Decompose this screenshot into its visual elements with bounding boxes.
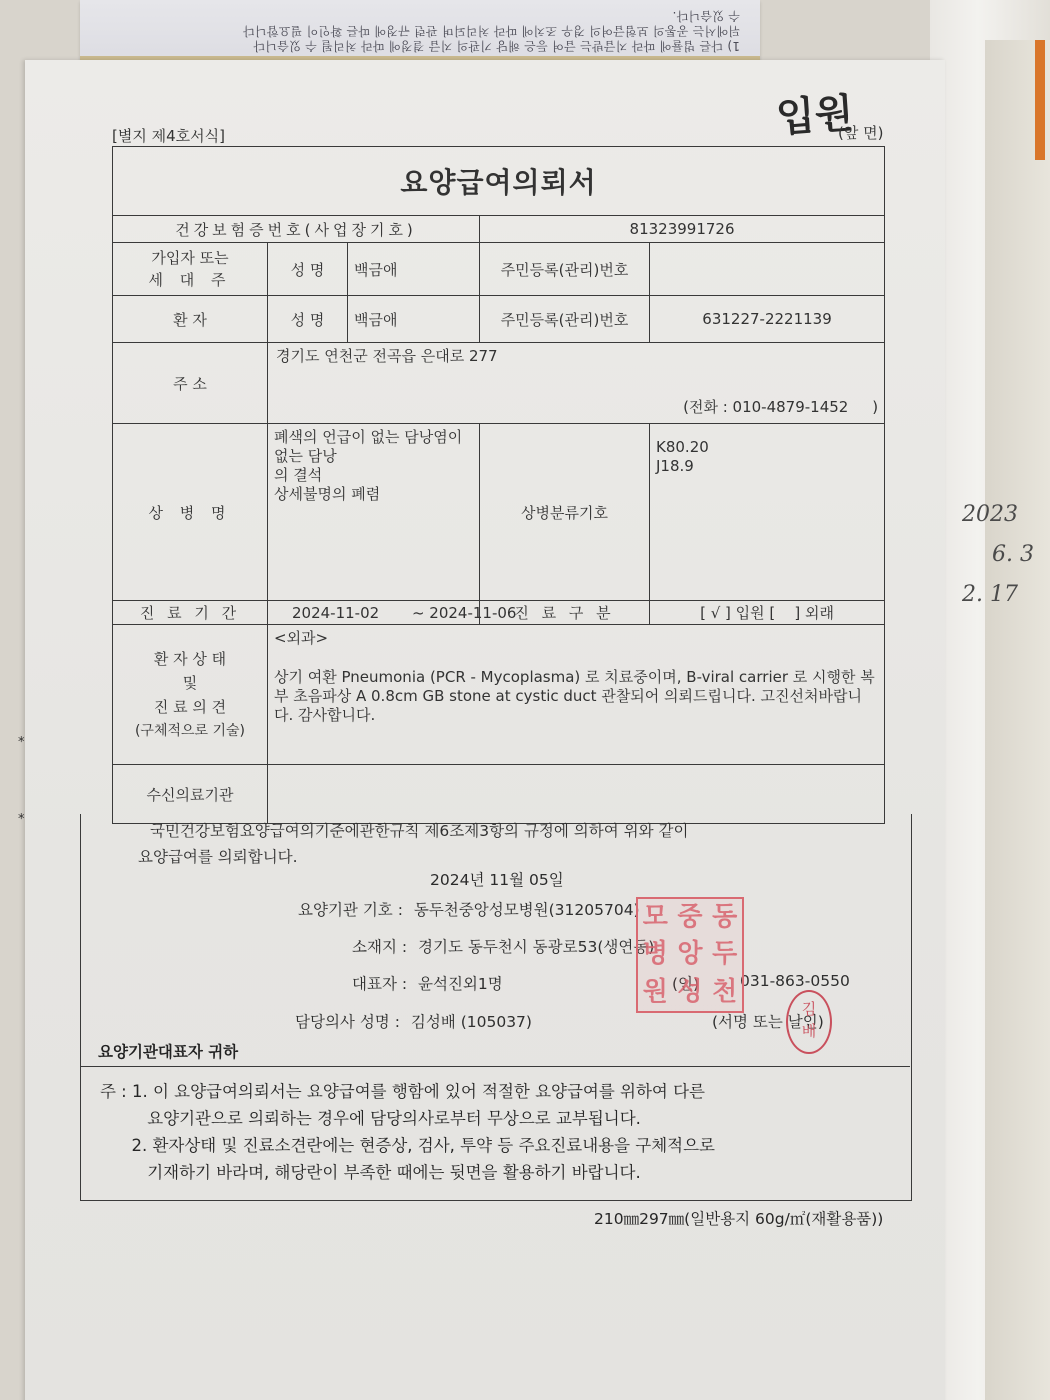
insurance-number-label: 건강보험증번호(사업장기호) (113, 216, 480, 243)
paper-spec: 210㎜297㎜(일반용지 60g/㎡(재활용품)) (594, 1207, 883, 1229)
subscriber-id-value (650, 243, 885, 296)
insurance-number-value: 81323991726 (480, 216, 885, 243)
mirror-line: 수 있습니다. (100, 8, 740, 23)
diagnosis-names: 폐색의 언급이 없는 담낭염이 없는 담낭 의 결석 상세불명의 폐렴 (268, 424, 480, 601)
patient-name-label: 성 명 (268, 296, 348, 343)
opinion-department: <외과> (274, 629, 878, 648)
opinion-cell: <외과> 상기 여환 Pneumonia (PCR - Mycoplasma) … (268, 625, 885, 765)
upside-down-text: 1) 다른 법률에 따라 지급받는 급여 등은 해당 기관의 지급 결정에 따라… (100, 8, 740, 53)
side-note-line: 2. 17 (962, 575, 1034, 615)
seal-char: 앙 (673, 936, 708, 973)
diagnosis-line: 폐색의 언급이 없는 담낭염이 없는 담낭 (274, 428, 473, 466)
subscriber-label-line1: 가입자 또는 (119, 247, 261, 269)
address-label: 주 소 (113, 343, 268, 424)
seal-char: 동 (707, 899, 742, 936)
addressee: 요양기관대표자 귀하 (98, 1040, 238, 1062)
opinion-label-line: 및 (119, 671, 261, 695)
treatment-type-value: [ √ ] 입원 [ ] 외래 (650, 601, 885, 625)
subscriber-name-label: 성 명 (268, 243, 348, 296)
representative-row: 대표자 : 윤석진외1명 (352, 972, 503, 994)
seal-char: 모 (638, 899, 673, 936)
diagnosis-line: 의 결석 (274, 466, 473, 485)
opinion-label-line: 환 자 상 태 (119, 647, 261, 671)
diagnosis-label: 상 병 명 (113, 424, 268, 601)
subscriber-label: 가입자 또는 세 대 주 (113, 243, 268, 296)
representative-value: 윤석진외1명 (418, 975, 503, 993)
doctor-row: 담당의사 성명 : 김성배 (105037) (295, 1010, 532, 1032)
subscriber-label-line2: 세 대 주 (119, 269, 261, 291)
page-side-label: (앞 면) (838, 122, 883, 143)
address-value: 경기도 연천군 전곡읍 은대로 277 (276, 345, 498, 366)
seal-char: 김 (788, 998, 830, 1020)
seal-char: 병 (638, 936, 673, 973)
side-note-line: 6. 3 (962, 535, 1034, 575)
patient-label: 환 자 (113, 296, 268, 343)
opinion-label-line: 진 료 의 견 (119, 695, 261, 719)
subscriber-id-label: 주민등록(관리)번호 (480, 243, 650, 296)
form-title: 요양급여의뢰서 (113, 147, 885, 216)
asterisk-mark: * (18, 812, 25, 827)
seal-char: 중 (673, 899, 708, 936)
treatment-start: 2024-11-02 (292, 604, 379, 622)
upside-down-paper: 1) 다른 법률에 따라 지급받는 급여 등은 해당 기관의 지급 결정에 따라… (80, 0, 760, 66)
treatment-period-value: 2024-11-02 ~ 2024-11-06 (268, 601, 480, 625)
patient-id-label: 주민등록(관리)번호 (480, 296, 650, 343)
patient-name: 백금애 (348, 296, 480, 343)
treatment-period-label: 진 료 기 간 (113, 601, 268, 625)
institution-label: 요양기관 기호 : (298, 901, 403, 919)
address-cell: 경기도 연천군 전곡읍 은대로 277 (전화 : 010-4879-1452 … (268, 343, 885, 424)
note-line: 기재하기 바라며, 해당란이 부족한 때에는 뒷면을 활용하기 바랍니다. (100, 1159, 715, 1186)
location-label: 소재지 : (352, 938, 407, 956)
diagnosis-codes: K80.20 J18.9 (650, 424, 885, 601)
diagnosis-code: K80.20 (656, 438, 878, 457)
side-note-line: 2023 (962, 495, 1034, 535)
institution-phone: 031-863-0550 (740, 972, 850, 990)
patient-id-value: 631227-2221139 (650, 296, 885, 343)
opinion-text: 상기 여환 Pneumonia (PCR - Mycoplasma) 로 치료중… (274, 668, 878, 725)
asterisk-mark: * (18, 735, 25, 750)
seal-char: 두 (707, 936, 742, 973)
declaration-date: 2024년 11월 05일 (430, 868, 564, 890)
seal-char: 원 (638, 974, 673, 1011)
desk-surface (985, 40, 1050, 1400)
diagnosis-code: J18.9 (656, 457, 878, 476)
note-line: 주 : 1. 이 요양급여의뢰서는 요양급여를 행함에 있어 적절한 요양급여를… (100, 1078, 715, 1105)
declaration-line: 국민건강보험요양급여의기준에관한규칙 제6조제3항의 규정에 의하여 위와 같이 (138, 818, 688, 844)
orange-edge (1035, 40, 1045, 160)
location-row: 소재지 : 경기도 동두천시 동광로53(생연동) (352, 935, 654, 957)
doctor-label: 담당의사 성명 : (295, 1013, 400, 1031)
form-code: [별지 제4호서식] (112, 125, 225, 146)
declaration-text: 국민건강보험요양급여의기준에관한규칙 제6조제3항의 규정에 의하여 위와 같이… (138, 818, 688, 870)
seal-char: 천 (707, 974, 742, 1011)
institution-row: 요양기관 기호 : 동두천중앙성모병원(31205704) (298, 898, 640, 920)
doctor-seal-stamp: 김 배 (786, 990, 832, 1054)
treatment-end: ~ 2024-11-06 (412, 604, 517, 622)
diagnosis-code-label: 상병분류기호 (480, 424, 650, 601)
note-line: 요양기관으로 의뢰하는 경우에 담당의사로부터 무상으로 교부됩니다. (100, 1105, 715, 1132)
institution-value: 동두천중앙성모병원(31205704) (414, 901, 640, 919)
note-line: 2. 환자상태 및 진료소견란에는 현증상, 검사, 투약 등 주요진료내용을 … (100, 1132, 715, 1159)
address-phone: (전화 : 010-4879-1452 ) (683, 396, 878, 417)
notes-divider (80, 1066, 910, 1067)
referral-form-table: 요양급여의뢰서 건강보험증번호(사업장기호) 81323991726 가입자 또… (112, 146, 884, 824)
side-handwriting: 20236. 32. 17 (962, 495, 1034, 615)
subscriber-name: 백금애 (348, 243, 480, 296)
representative-label: 대표자 : (352, 975, 407, 993)
diagnosis-line: 상세불명의 폐렴 (274, 485, 473, 504)
notes-section: 주 : 1. 이 요양급여의뢰서는 요양급여를 행함에 있어 적절한 요양급여를… (100, 1078, 715, 1186)
declaration-line: 요양급여를 의뢰합니다. (138, 844, 688, 870)
mirror-line: 1) 다른 법률에 따라 지급받는 급여 등은 해당 기관의 지급 결정에 따라… (100, 38, 740, 53)
opinion-label-line: (구체적으로 기술) (119, 719, 261, 743)
mirror-line: 뒤에서는 공통의 보험급여의 경우 조치에 따라 처리되며 관련 규정에 따른 … (100, 23, 740, 38)
seal-char: 배 (788, 1020, 830, 1042)
seal-char: 성 (673, 974, 708, 1011)
location-value: 경기도 동두천시 동광로53(생연동) (418, 938, 654, 956)
doctor-value: 김성배 (105037) (411, 1013, 532, 1031)
opinion-label: 환 자 상 태 및 진 료 의 견 (구체적으로 기술) (113, 625, 268, 765)
hospital-seal-stamp: 모 중 동 병 앙 두 원 성 천 (636, 897, 744, 1013)
